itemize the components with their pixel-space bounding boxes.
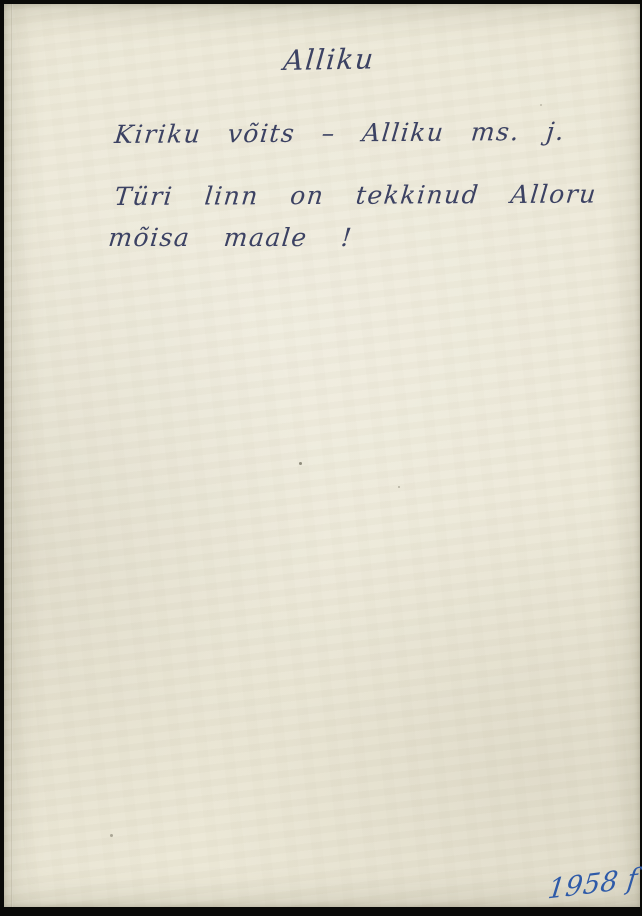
paper-edge-crease: [11, 4, 13, 907]
paper-speck: [540, 104, 542, 106]
paper-speck: [299, 462, 302, 465]
handwritten-caption-line: Kiriku võits – Alliku ms. j.: [113, 117, 566, 149]
handwritten-body-line-1: Türi linn on tekkinud Alloru: [113, 179, 598, 211]
paper-sheet: Alliku Kiriku võits – Alliku ms. j. Türi…: [4, 4, 640, 907]
scanned-document: Alliku Kiriku võits – Alliku ms. j. Türi…: [0, 0, 642, 916]
paper-speck: [110, 834, 113, 837]
handwritten-title: Alliku: [282, 42, 376, 77]
handwritten-body-line-2: mõisa maale !: [107, 223, 354, 252]
paper-speck: [398, 486, 400, 488]
